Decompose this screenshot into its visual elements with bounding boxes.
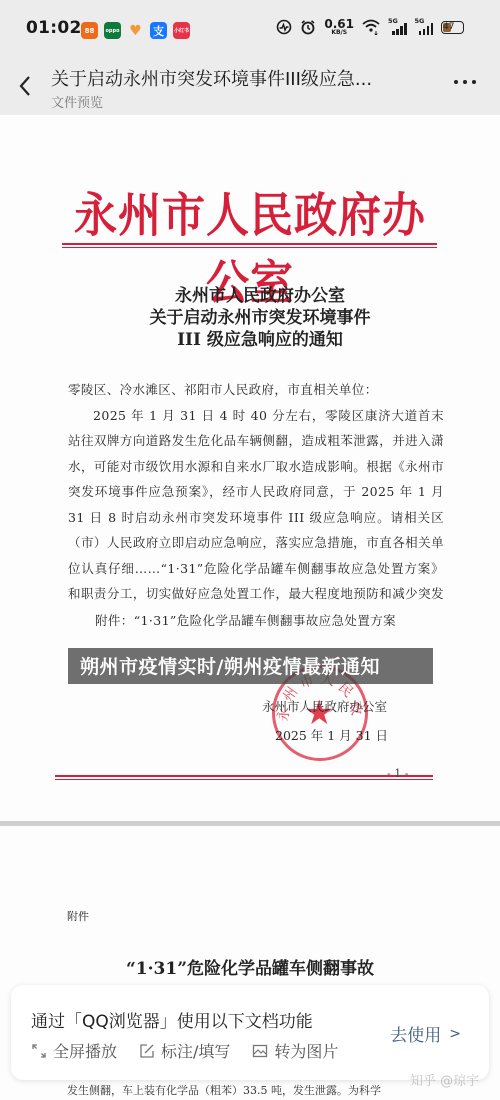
attachment-title: “1·31”危险化学品罐车侧翻事故 <box>60 954 440 979</box>
document-title: 永州市人民政府办公室 关于启动永州市突发环境事件 III 级应急响应的通知 <box>60 285 460 351</box>
body-paragraph: 2025 年 1 月 31 日 4 时 40 分左右，零陵区康济大道首末站往双牌… <box>68 403 444 607</box>
more-options-button[interactable] <box>454 80 476 84</box>
addressee: 零陵区、冷水滩区、祁阳市人民政府，市直相关单位： <box>68 377 444 403</box>
status-indicators: 0.61 KB/S 5G 5G 47 <box>276 18 464 36</box>
page-subtitle: 文件预览 <box>51 92 103 111</box>
document-page-1[interactable]: 永州市人民政府办公室 永州市人民政府办公室 关于启动永州市突发环境事件 III … <box>0 115 500 821</box>
attachment-label: 附件 <box>67 908 89 924</box>
page-number: - 1 - <box>387 767 408 780</box>
oppo-icon: oppo <box>104 22 121 39</box>
document-body: 零陵区、冷水滩区、祁阳市人民政府，市直相关单位： 2025 年 1 月 31 日… <box>68 377 444 607</box>
status-bar: 01:02 88 oppo ♥ 支 小红书 0.61 KB/S 5G 5G 47 <box>0 0 500 60</box>
feature-fullscreen[interactable]: 全屏播放 <box>31 1039 117 1062</box>
attachment-body-text: 发生侧翻，车上装有化学品（粗苯）33.5 吨，发生泄露。为科学 <box>67 1082 381 1098</box>
footer-rule-thin <box>55 779 433 780</box>
activity-icon <box>276 19 292 35</box>
go-use-button[interactable]: 去使用 > <box>390 1021 461 1046</box>
promo-features: 全屏播放 标注/填写 转为图片 <box>31 1039 338 1062</box>
letterhead-rule-thin <box>62 247 437 248</box>
top-nav-bar: 关于启动永州市突发环境事件III级应急... 文件预览 <box>0 60 500 115</box>
red-app-icon: 小红书 <box>173 22 190 39</box>
overlay-banner-text: 朔州市疫情实时/朔州疫情最新通知 <box>80 652 380 679</box>
battery-icon: 47 <box>441 21 464 34</box>
signal-2-icon: 5G <box>415 19 434 35</box>
footer-rule <box>55 775 433 777</box>
app-orange-icon: 88 <box>81 22 98 39</box>
chevron-right-icon: > <box>449 1026 461 1042</box>
alarm-icon <box>300 19 316 35</box>
more-dot-icon <box>454 80 458 84</box>
heart-app-icon: ♥ <box>127 22 144 39</box>
feature-annotate[interactable]: 标注/填写 <box>139 1039 230 1062</box>
status-time: 01:02 <box>26 18 82 38</box>
page-title: 关于启动永州市突发环境事件III级应急... <box>51 65 372 91</box>
signature: 永州市人民政府办公室 <box>262 697 387 715</box>
edit-icon <box>139 1043 155 1059</box>
back-button[interactable] <box>14 71 38 101</box>
qq-browser-promo-card[interactable]: 通过「QQ浏览器」使用以下文档功能 全屏播放 标注/填写 转为图片 去使用 > <box>11 985 489 1080</box>
alipay-icon: 支 <box>150 22 167 39</box>
signal-1-icon: 5G <box>388 19 407 35</box>
image-icon <box>252 1043 268 1059</box>
letterhead-rule <box>62 243 437 245</box>
document-date: 2025 年 1 月 31 日 <box>275 726 388 744</box>
attachment-line: 附件：“1·31”危险化学品罐车侧翻事故应急处置方案 <box>95 611 396 629</box>
watermark: 知乎 @琼宇 <box>410 1070 479 1089</box>
wifi-icon <box>362 19 380 35</box>
net-speed: 0.61 KB/S <box>324 18 354 36</box>
feature-to-image[interactable]: 转为图片 <box>252 1039 338 1062</box>
promo-headline: 通过「QQ浏览器」使用以下文档功能 <box>31 1007 313 1032</box>
status-app-icons: 88 oppo ♥ 支 小红书 <box>81 22 190 39</box>
more-dot-icon <box>463 80 467 84</box>
chevron-left-icon <box>14 71 38 101</box>
fullscreen-icon <box>31 1043 47 1059</box>
more-dot-icon <box>472 80 476 84</box>
